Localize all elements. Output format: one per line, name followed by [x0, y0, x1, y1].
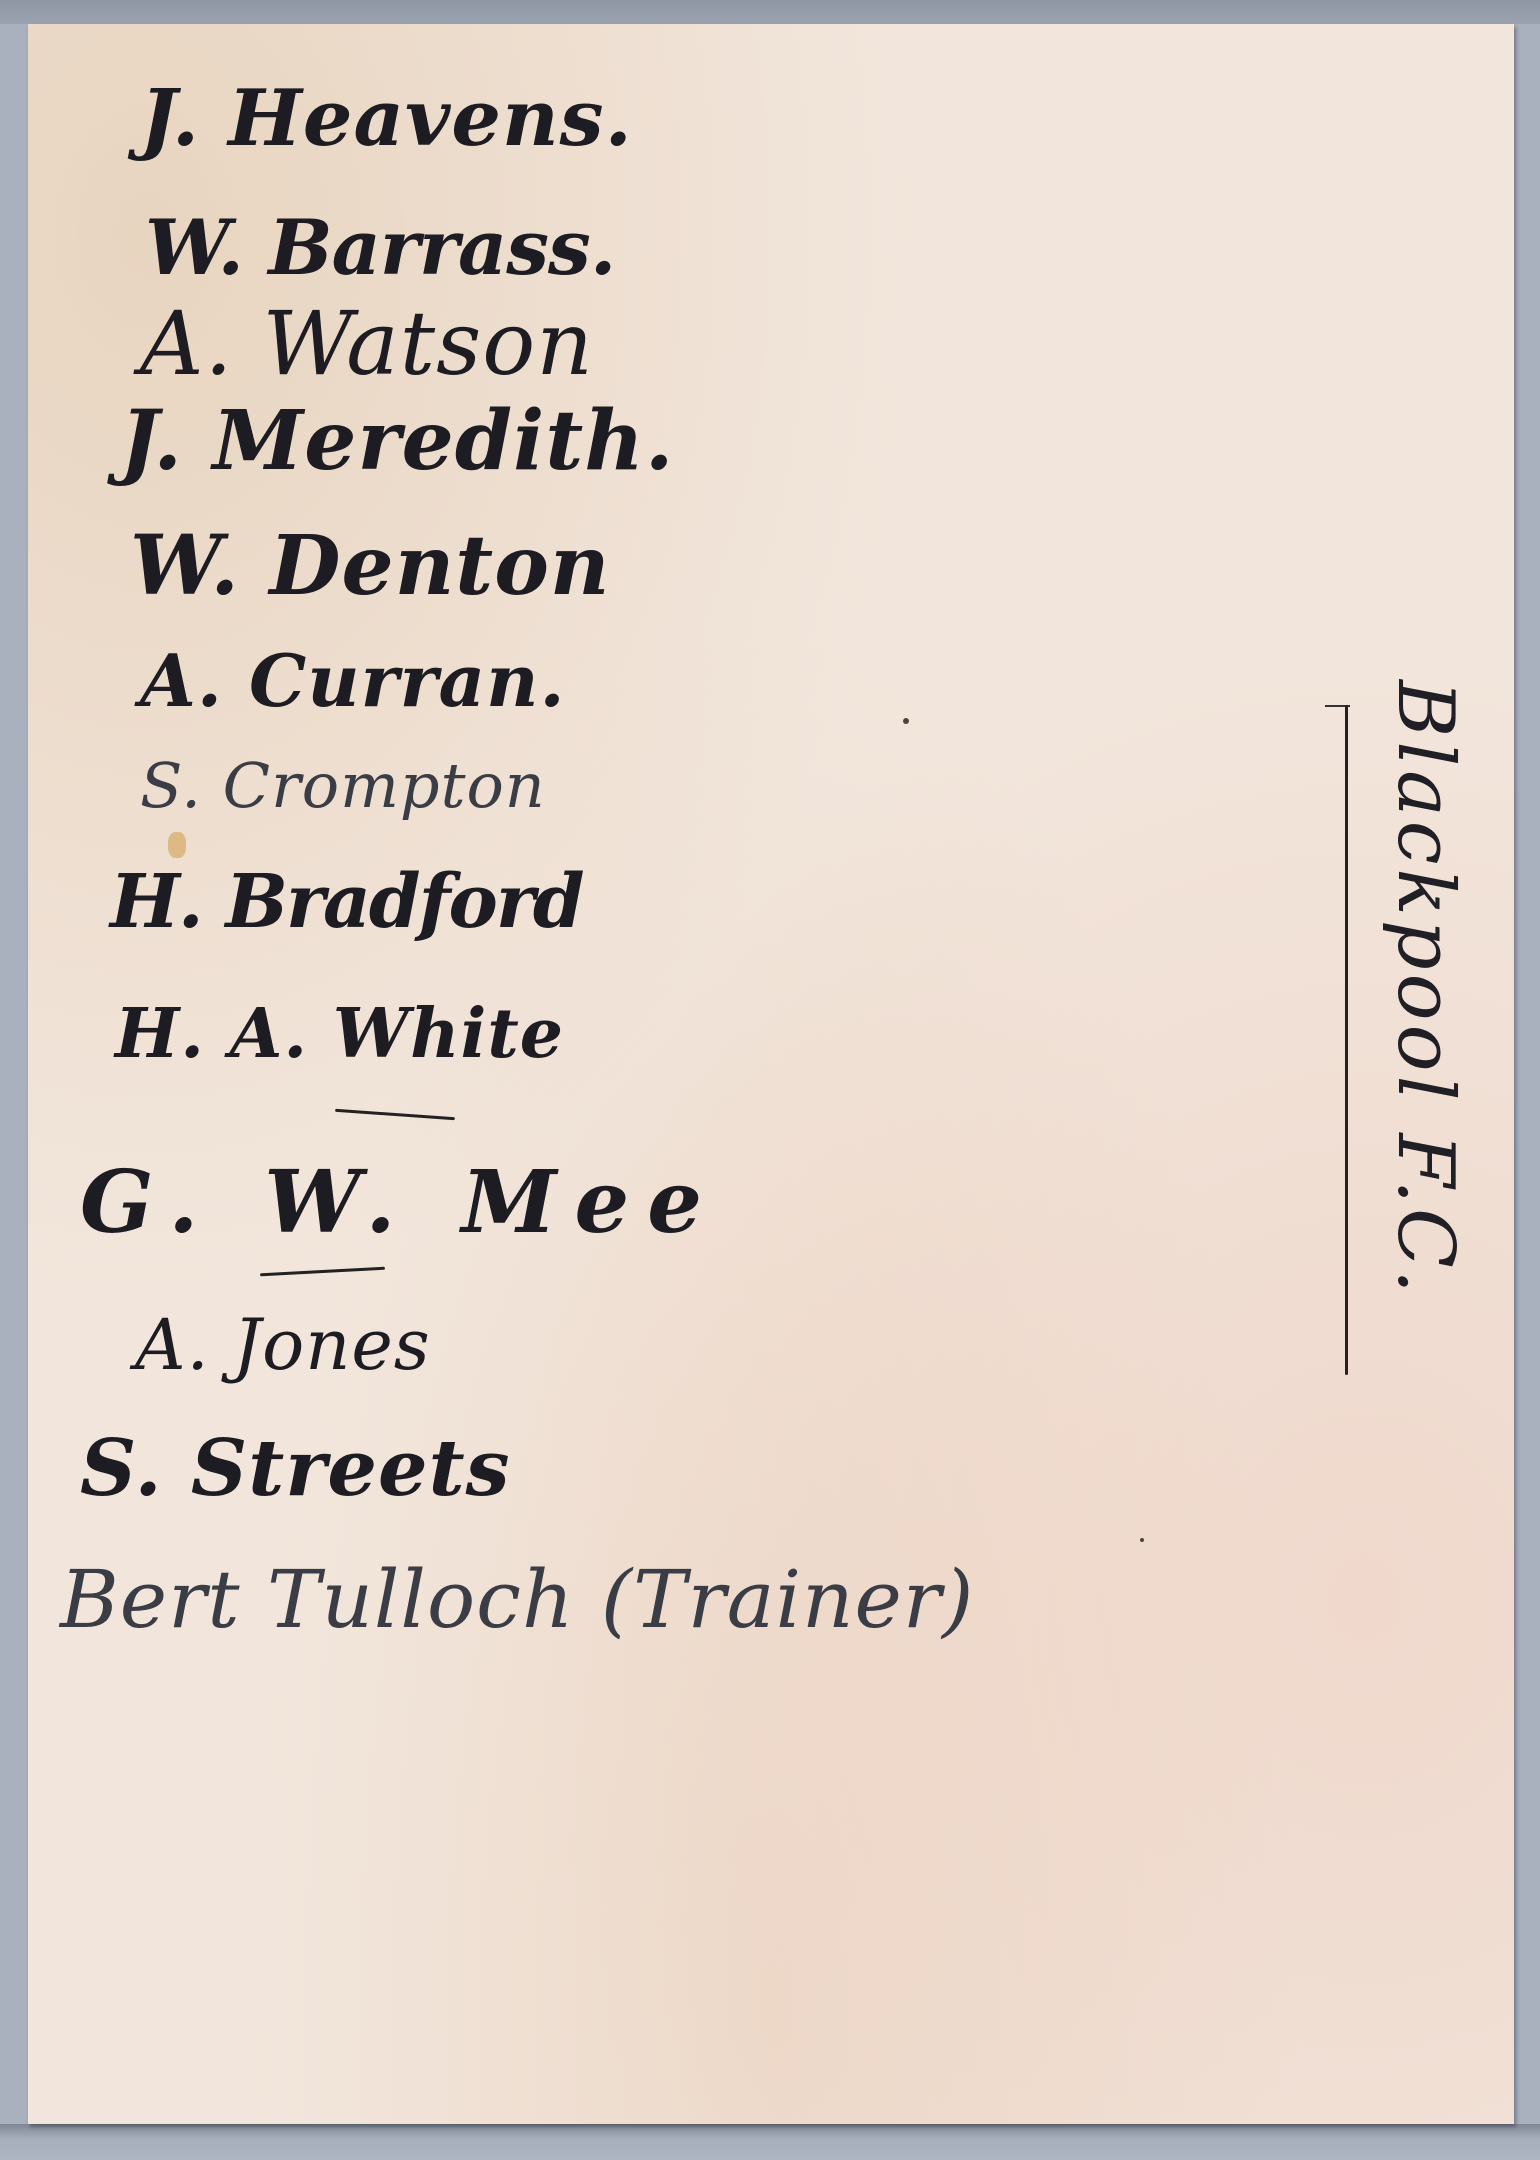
mount-background-bottom: [0, 2124, 1540, 2160]
mount-background-top: [0, 0, 1540, 24]
ink-speck: [1140, 1538, 1144, 1542]
blackpool-fc-annotation: Blackpool F.C.: [1380, 680, 1470, 1298]
signature-jones: A. Jones: [135, 1310, 431, 1380]
signature-tulloch-trainer: Bert Tulloch (Trainer): [60, 1560, 974, 1640]
signature-barrass: W. Barrass.: [145, 210, 615, 286]
signature-curran: A. Curran.: [140, 645, 566, 717]
signature-watson: A. Watson: [140, 300, 594, 388]
signature-bradford: H. Bradford: [110, 865, 583, 939]
annotation-rule-line: [1345, 705, 1348, 1375]
ink-speck: [903, 718, 909, 724]
signature-white: H. A. White: [115, 1000, 564, 1068]
signature-streets: S. Streets: [80, 1430, 511, 1508]
signature-meredith: J. Meredith.: [120, 400, 674, 482]
signature-mee: G. W. Mee: [80, 1160, 720, 1246]
signature-heavens: J. Heavens.: [140, 80, 633, 158]
foxing-stain: [168, 832, 186, 858]
signature-crompton: S. Crompton: [140, 755, 546, 817]
signature-denton: W. Denton: [130, 525, 611, 607]
